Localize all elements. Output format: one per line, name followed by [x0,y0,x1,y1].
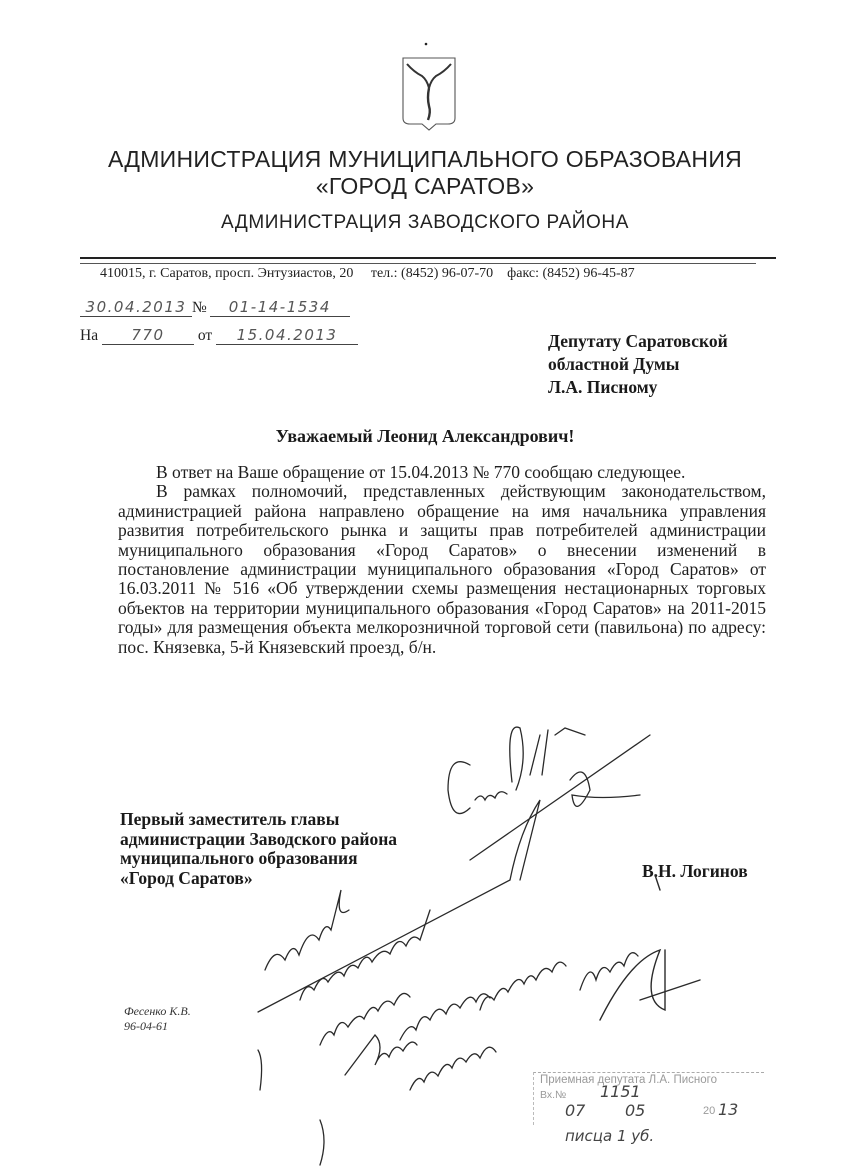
addressee-line-2: областной Думы [548,353,728,376]
in-reply-number: 770 [102,326,194,345]
executor-info: Фесенко К.В. 96-04-61 [124,1004,191,1034]
reception-stamp-month: 05 [625,1101,645,1120]
signatory-name: В.Н. Логинов [642,861,748,882]
handwritten-signature-icon [600,875,700,1020]
reception-stamp-year-prefix: 20 [703,1105,715,1117]
letterhead-line-1: АДМИНИСТРАЦИЯ МУНИЦИПАЛЬНОГО ОБРАЗОВАНИЯ [0,146,850,173]
letterhead-district: АДМИНИСТРАЦИЯ ЗАВОДСКОГО РАЙОНА [0,212,850,234]
signatory-title: Первый заместитель главы администрации З… [120,810,397,888]
signatory-title-line-1: Первый заместитель главы [120,810,397,830]
reception-stamp-incoming-label: Вх.№ [540,1089,566,1101]
number-label: № [192,299,207,316]
signatory-title-line-4: «Город Саратов» [120,869,397,889]
body-paragraph-2: В рамках полномочий, представленных дейс… [118,482,766,657]
outgoing-date: 30.04.2013 [80,298,192,317]
reception-stamp-year: 13 [718,1100,738,1119]
saratov-coat-of-arms-icon [398,40,460,132]
outgoing-registration: 30.04.2013№01-14-1534 [80,298,350,317]
in-reply-label: На [80,327,98,344]
letterhead-line-2: «ГОРОД САРАТОВ» [0,173,850,200]
in-reply-date: 15.04.2013 [216,326,358,345]
addressee-line-1: Депутату Саратовской [548,330,728,353]
executor-name: Фесенко К.В. [124,1004,191,1019]
reception-stamp-note: писца 1 уб. [565,1127,654,1145]
reception-stamp-day: 07 [565,1101,585,1120]
salutation: Уважаемый Леонид Александрович! [0,426,850,447]
letter-body: В ответ на Ваше обращение от 15.04.2013 … [118,463,766,657]
signatory-title-line-2: администрации Заводского района [120,830,397,850]
coat-of-arms-emblem [398,40,460,132]
letterhead-divider-thick [80,257,776,259]
letterhead-address: 410015, г. Саратов, просп. Энтузиастов, … [100,266,635,282]
from-label: от [198,327,212,344]
in-reply-registration: На 770 от 15.04.2013 [80,326,358,345]
body-paragraph-1: В ответ на Ваше обращение от 15.04.2013 … [118,463,766,482]
signatory-title-line-3: муниципального образования [120,849,397,869]
addressee-block: Депутату Саратовской областной Думы Л.А.… [548,330,728,399]
executor-phone: 96-04-61 [124,1019,191,1034]
addressee-line-3: Л.А. Писному [548,376,728,399]
letterhead-divider-thin [80,263,756,264]
outgoing-number: 01-14-1534 [210,298,350,317]
reception-stamp-incoming-number: 1151 [600,1082,641,1101]
